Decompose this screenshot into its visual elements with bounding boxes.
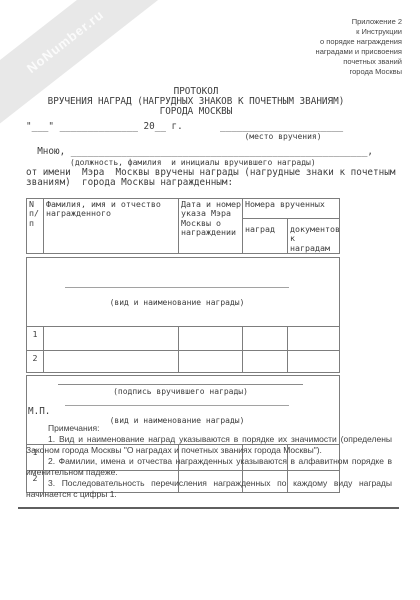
- intro-blank-caption: (должность, фамилия и инициалы вручившег…: [70, 158, 316, 167]
- decree-cell: [179, 351, 243, 373]
- award-kind-blank-line: [65, 405, 289, 407]
- intro-text-line: званиям) города Москвы награжденным:: [26, 178, 233, 188]
- table-row: 2: [27, 351, 340, 373]
- title-line: ГОРОДА МОСКВЫ: [26, 107, 366, 117]
- appendix-line: о порядке награждения: [316, 37, 402, 47]
- row-number-cell: 1: [27, 327, 44, 351]
- appendix-line: почетных званий: [316, 57, 402, 67]
- col-header-awards: наград: [243, 219, 288, 254]
- place-caption: (место вручения): [220, 132, 346, 141]
- bottom-divider: [18, 507, 399, 509]
- award-kind-caption: (вид и наименование награды): [65, 298, 289, 307]
- col-header-name: Фамилия, имя и отчество награжденного: [44, 199, 179, 254]
- appendix-line: города Москвы: [316, 67, 402, 77]
- intro-line-blank: Мною, __________________________________…: [26, 147, 373, 157]
- document-number-cell: [288, 327, 340, 351]
- row-number-cell: 2: [27, 351, 44, 373]
- note-item: 2. Фамилии, имена и отчества награжденны…: [26, 456, 392, 478]
- notes-heading: Примечания:: [26, 423, 392, 434]
- award-number-cell: [243, 327, 288, 351]
- watermark-text: NoNumber.ru: [24, 6, 107, 75]
- seal-placeholder: М.П.: [28, 407, 50, 417]
- appendix-line: Приложение 2: [316, 17, 402, 27]
- award-number-cell: [243, 351, 288, 373]
- awards-table-header: N п/п Фамилия, имя и отчество награжденн…: [26, 198, 340, 254]
- col-header-documents: документов к наградам: [288, 219, 340, 254]
- awards-table-section-1: (вид и наименование награды) 1 2: [26, 257, 340, 373]
- place-blank: ______________________: [220, 122, 343, 132]
- award-kind-blank-line: [65, 287, 289, 289]
- table-row: 1: [27, 327, 340, 351]
- date-line: "___" ______________ 20__ г.: [26, 122, 183, 132]
- name-cell: [44, 351, 179, 373]
- notes-block: Примечания: 1. Вид и наименование наград…: [26, 423, 392, 500]
- signature-blank-line: [58, 384, 303, 385]
- signature-caption: (подпись вручившего награды): [58, 387, 303, 396]
- document-page: NoNumber.ru Приложение 2 к Инструкции о …: [0, 0, 420, 600]
- col-header-numbers-group: Номера врученных: [243, 199, 340, 219]
- appendix-line: наградами и присвоения: [316, 47, 402, 57]
- note-item: 3. Последовательность перечисления награ…: [26, 478, 392, 500]
- col-header-decree: Дата и номер указа Мэра Москвы о награжд…: [179, 199, 243, 254]
- note-item: 1. Вид и наименование наград указываются…: [26, 434, 392, 456]
- name-cell: [44, 327, 179, 351]
- document-number-cell: [288, 351, 340, 373]
- award-kind-band: (вид и наименование награды): [27, 258, 340, 327]
- col-header-npp: N п/п: [27, 199, 44, 254]
- appendix-line: к Инструкции: [316, 27, 402, 37]
- protocol-title: ПРОТОКОЛ ВРУЧЕНИЯ НАГРАД (НАГРУДНЫХ ЗНАК…: [26, 87, 366, 117]
- decree-cell: [179, 327, 243, 351]
- watermark-band: NoNumber.ru: [0, 0, 179, 138]
- appendix-block: Приложение 2 к Инструкции о порядке нагр…: [316, 17, 402, 77]
